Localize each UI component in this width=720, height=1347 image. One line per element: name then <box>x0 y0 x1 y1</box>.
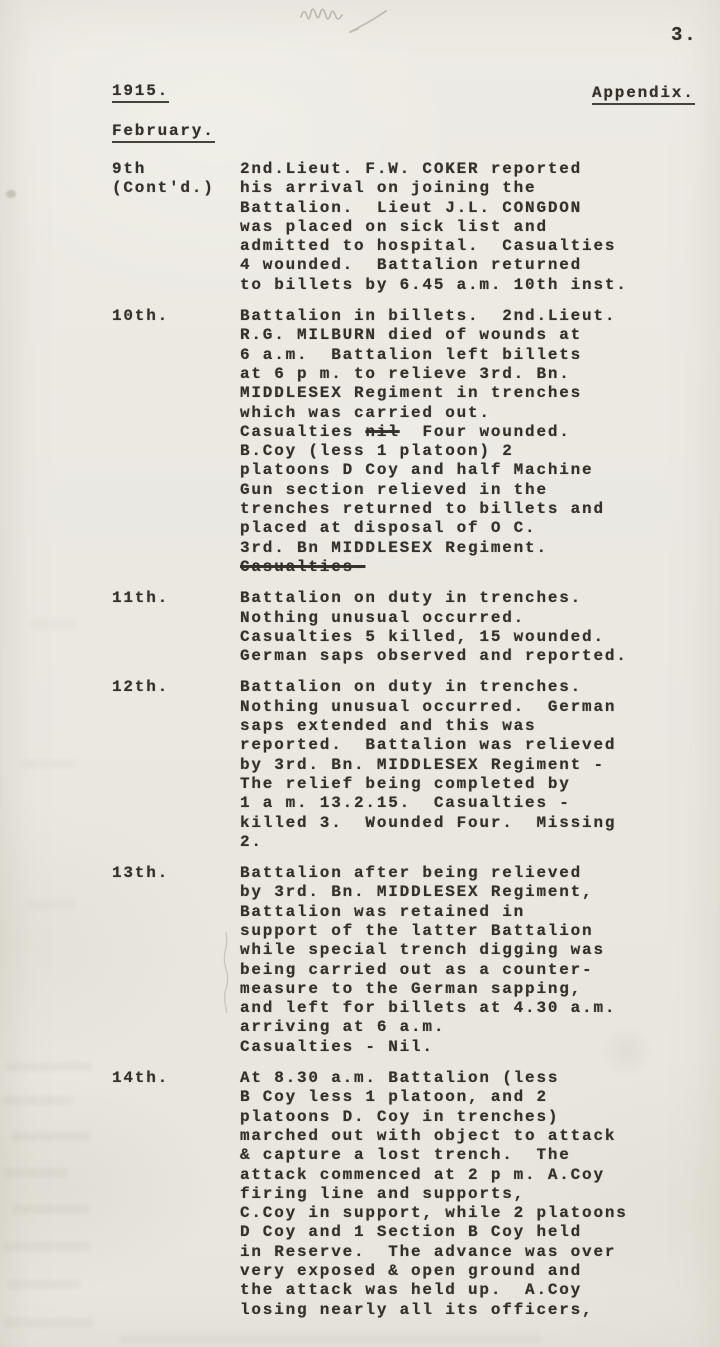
scanned-diary-page: { "page": { "number": "3.", "year_headin… <box>0 0 720 1347</box>
entry-body-line: Casualties nil Four wounded. <box>240 423 672 442</box>
entry-body-line: 3rd. Bn MIDDLESEX Regiment. <box>240 539 672 558</box>
entry-body-line: MIDDLESEX Regiment in trenches <box>240 384 672 403</box>
entry-body-line: arriving at 6 a.m. <box>240 1018 672 1037</box>
entry-date-line: 11th. <box>112 589 240 608</box>
entry-body-line: and left for billets at 4.30 a.m. <box>240 999 672 1018</box>
struck-text: Casualties- <box>240 558 365 576</box>
entry-body-line: which was carried out. <box>240 404 672 423</box>
year-heading: 1915. <box>112 82 169 103</box>
diary-entry: 11th.Battalion on duty in trenches.Nothi… <box>112 589 672 666</box>
entry-body-column: Battalion in billets. 2nd.Lieut.R.G. MIL… <box>240 307 672 577</box>
entry-body-line: saps extended and this was <box>240 717 672 736</box>
entry-date-column: 11th. <box>112 589 240 608</box>
entry-body-line: at 6 p m. to relieve 3rd. Bn. <box>240 365 672 384</box>
entry-body-line: Battalion on duty in trenches. <box>240 678 672 697</box>
struck-text: nil <box>365 423 399 441</box>
entry-date-column: 9th(Cont'd.) <box>112 160 240 199</box>
entry-body-line: support of the latter Battalion <box>240 922 672 941</box>
entry-body-line: was placed on sick list and <box>240 218 672 237</box>
entry-body-line: B.Coy (less 1 platoon) 2 <box>240 442 672 461</box>
page-number: 3. <box>671 24 697 46</box>
entry-date-line: 9th <box>112 160 240 179</box>
entry-body-line: being carried out as a counter- <box>240 961 672 980</box>
entry-body-line: while special trench digging was <box>240 941 672 960</box>
entry-body-line: platoons D. Coy in trenches) <box>240 1108 672 1127</box>
entry-body-line: his arrival on joining the <box>240 179 672 198</box>
entry-date-column: 14th. <box>112 1069 240 1088</box>
month-heading: February. <box>112 122 215 143</box>
entry-body-line: Casualties - Nil. <box>240 1038 672 1057</box>
entry-body-line: Battalion after being relieved <box>240 864 672 883</box>
entry-body-line: Nothing unusual occurred. <box>240 609 672 628</box>
diary-entry: 9th(Cont'd.)2nd.Lieut. F.W. COKER report… <box>112 160 672 295</box>
entry-body-column: Battalion on duty in trenches.Nothing un… <box>240 589 672 666</box>
entry-body-line: measure to the German sapping, <box>240 980 672 999</box>
pencil-slash-mark <box>342 8 390 36</box>
entry-body-line: admitted to hospital. Casualties <box>240 237 672 256</box>
entry-body-line: German saps observed and reported. <box>240 647 672 666</box>
entry-body-line: Casualties- <box>240 558 672 577</box>
body-text: Four wounded. <box>400 423 571 441</box>
entry-body-line: reported. Battalion was relieved <box>240 736 672 755</box>
diary-entry: 13th.Battalion after being relievedby 3r… <box>112 864 672 1057</box>
entry-body-line: losing nearly all its officers, <box>240 1301 672 1320</box>
edge-smudge <box>6 190 16 198</box>
entry-body-line: B Coy less 1 platoon, and 2 <box>240 1088 672 1107</box>
entry-body-line: firing line and supports, <box>240 1185 672 1204</box>
entry-body-line: the attack was held up. A.Coy <box>240 1281 672 1300</box>
diary-entry: 14th.At 8.30 a.m. Battalion (lessB Coy l… <box>112 1069 672 1320</box>
entry-body-line: attack commenced at 2 p m. A.Coy <box>240 1166 672 1185</box>
entry-body-line: Gun section relieved in the <box>240 481 672 500</box>
entry-date-line: 12th. <box>112 678 240 697</box>
entry-body-line: placed at disposal of O C. <box>240 519 672 538</box>
entry-body-line: C.Coy in support, while 2 platoons <box>240 1204 672 1223</box>
entry-body-line: 6 a.m. Battalion left billets <box>240 346 672 365</box>
entry-body-line: Battalion. Lieut J.L. CONGDON <box>240 199 672 218</box>
entry-date-column: 12th. <box>112 678 240 697</box>
entry-body-line: to billets by 6.45 a.m. 10th inst. <box>240 276 672 295</box>
entry-body-column: 2nd.Lieut. F.W. COKER reportedhis arriva… <box>240 160 672 295</box>
entry-body-line: Battalion in billets. 2nd.Lieut. <box>240 307 672 326</box>
entries: 9th(Cont'd.)2nd.Lieut. F.W. COKER report… <box>112 160 672 1332</box>
entry-body-column: At 8.30 a.m. Battalion (lessB Coy less 1… <box>240 1069 672 1320</box>
entry-body-line: killed 3. Wounded Four. Missing <box>240 814 672 833</box>
entry-date-line: 13th. <box>112 864 240 883</box>
entry-body-line: Battalion on duty in trenches. <box>240 589 672 608</box>
entry-date-line: 14th. <box>112 1069 240 1088</box>
body-text: Casualties <box>240 423 365 441</box>
entry-body-line: 2. <box>240 833 672 852</box>
entry-body-line: D Coy and 1 Section B Coy held <box>240 1223 672 1242</box>
entry-body-line: in Reserve. The advance was over <box>240 1243 672 1262</box>
entry-date-column: 13th. <box>112 864 240 883</box>
entry-body-line: platoons D Coy and half Machine <box>240 461 672 480</box>
entry-body-line: Battalion was retained in <box>240 903 672 922</box>
diary-entry: 10th.Battalion in billets. 2nd.Lieut.R.G… <box>112 307 672 577</box>
entry-body-column: Battalion on duty in trenches.Nothing un… <box>240 678 672 852</box>
entry-date-column: 10th. <box>112 307 240 326</box>
entry-body-line: marched out with object to attack <box>240 1127 672 1146</box>
entry-body-line: trenches returned to billets and <box>240 500 672 519</box>
entry-body-line: 1 a m. 13.2.15. Casualties - <box>240 794 672 813</box>
entry-body-line: Casualties 5 killed, 15 wounded. <box>240 628 672 647</box>
diary-entry: 12th.Battalion on duty in trenches.Nothi… <box>112 678 672 852</box>
entry-body-line: Nothing unusual occurred. German <box>240 698 672 717</box>
entry-date-line: 10th. <box>112 307 240 326</box>
entry-body-column: Battalion after being relievedby 3rd. Bn… <box>240 864 672 1057</box>
entry-body-line: 2nd.Lieut. F.W. COKER reported <box>240 160 672 179</box>
entry-body-line: by 3rd. Bn. MIDDLESEX Regiment, <box>240 883 672 902</box>
entry-body-line: The relief being completed by <box>240 775 672 794</box>
appendix-heading: Appendix. <box>592 84 695 105</box>
entry-body-line: 4 wounded. Battalion returned <box>240 256 672 275</box>
entry-body-line: very exposed & open ground and <box>240 1262 672 1281</box>
entry-date-line: (Cont'd.) <box>112 179 240 198</box>
entry-body-line: & capture a lost trench. The <box>240 1146 672 1165</box>
entry-body-line: At 8.30 a.m. Battalion (less <box>240 1069 672 1088</box>
entry-body-line: by 3rd. Bn. MIDDLESEX Regiment - <box>240 756 672 775</box>
entry-body-line: R.G. MILBURN died of wounds at <box>240 326 672 345</box>
